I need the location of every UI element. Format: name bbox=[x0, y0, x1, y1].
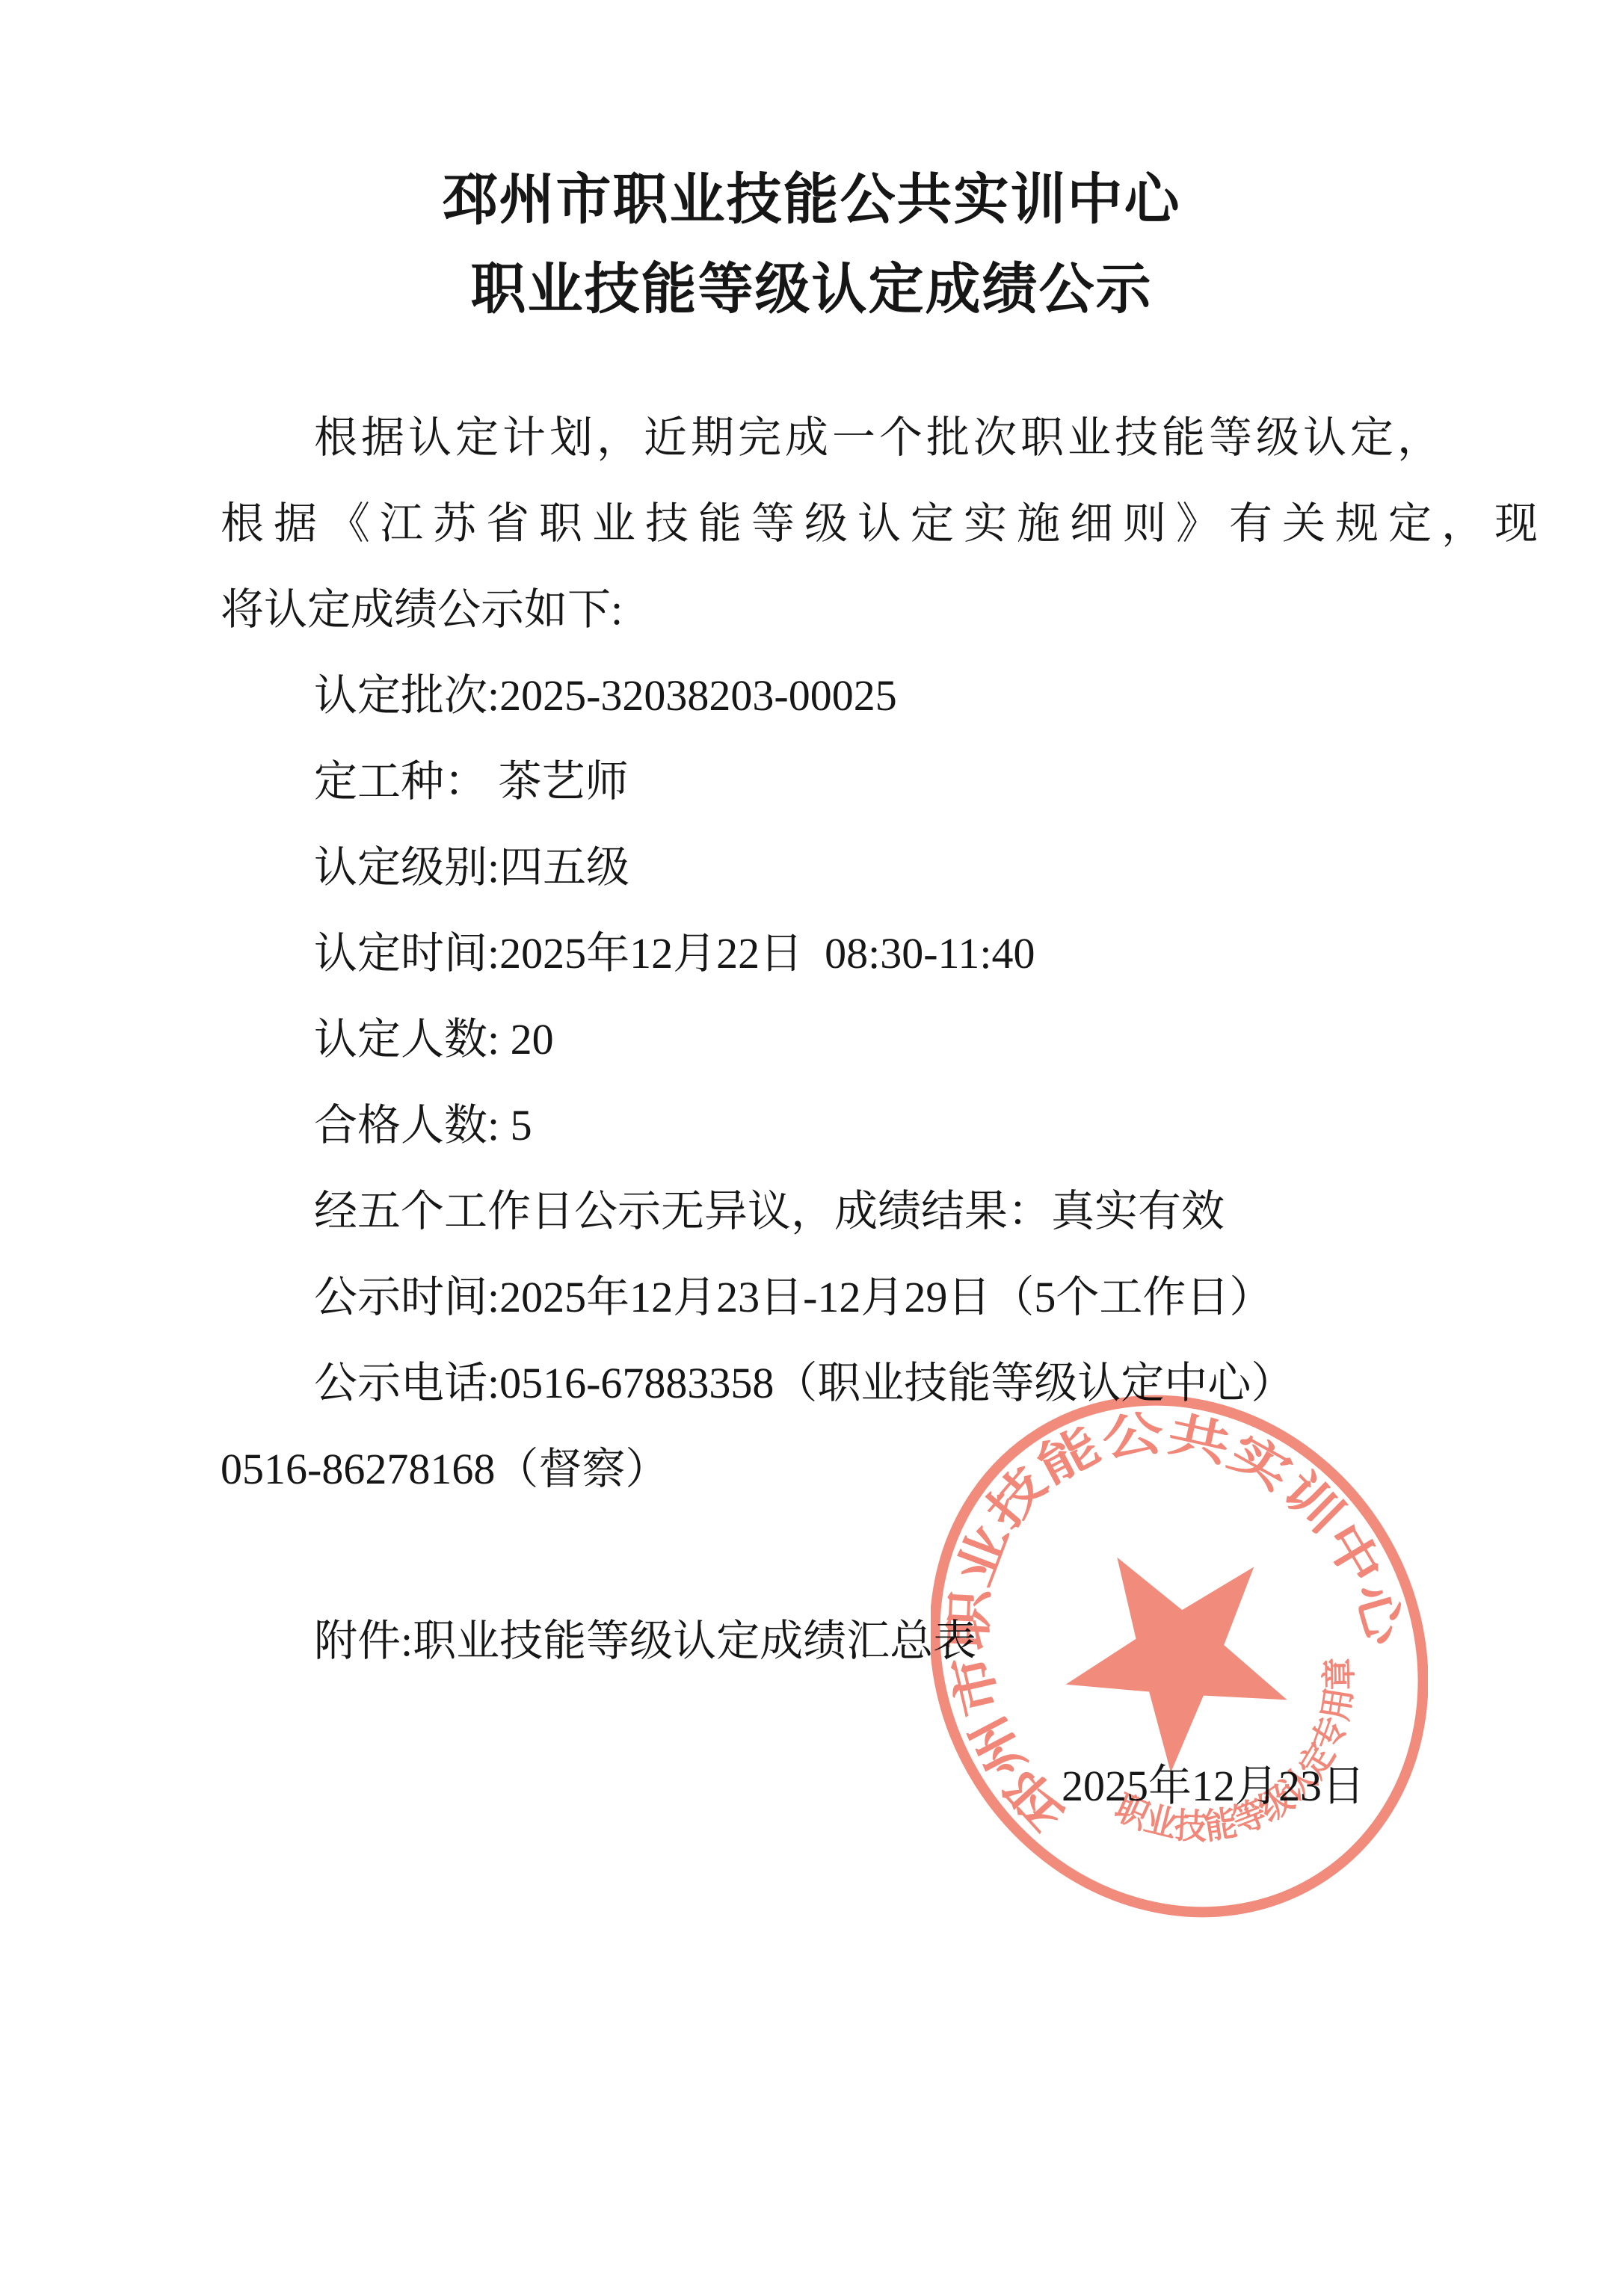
title-line-2: 职业技能等级认定成绩公示 bbox=[0, 245, 1623, 335]
body-line: 认定级别:四五级 bbox=[221, 824, 1491, 910]
body-line: 定工种： 茶艺师 bbox=[221, 738, 1491, 824]
seal-star-icon bbox=[1023, 1499, 1322, 1795]
body-line: 认定批次:2025-32038203-00025 bbox=[221, 652, 1491, 738]
body-line: 公示时间:2025年12月23日-12月29日（5个工作日） bbox=[221, 1254, 1491, 1340]
title-line-1: 邳州市职业技能公共实训中心 bbox=[0, 155, 1623, 245]
official-seal: 邳州市职业技能公共实训中心 职业技能等级认定专用章 bbox=[931, 1381, 1428, 1931]
body-line: 根据认定计划，近期完成一个批次职业技能等级认定， bbox=[221, 395, 1491, 481]
body-line: 经五个工作日公示无异议，成绩结果：真实有效 bbox=[221, 1168, 1491, 1254]
body-line: 认定人数: 20 bbox=[221, 996, 1491, 1082]
body-line: 根据《江苏省职业技能等级认定实施细则》有关规定，现 bbox=[221, 481, 1491, 567]
body-line: 合格人数: 5 bbox=[221, 1082, 1491, 1168]
document-title: 邳州市职业技能公共实训中心 职业技能等级认定成绩公示 bbox=[0, 155, 1623, 335]
document-page: 邳州市职业技能公共实训中心 职业技能等级认定成绩公示 根据认定计划，近期完成一个… bbox=[0, 0, 1623, 2296]
body-line: 认定时间:2025年12月22日 08:30-11:40 bbox=[221, 910, 1491, 996]
body-line: 将认定成绩公示如下: bbox=[221, 567, 1491, 652]
official-seal-graphic: 邳州市职业技能公共实训中心 职业技能等级认定专用章 bbox=[931, 1381, 1428, 1931]
